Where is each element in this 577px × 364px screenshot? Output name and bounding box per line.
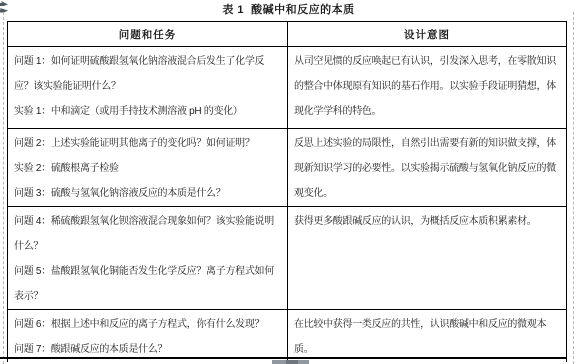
content-table: 问题和任务 设计意图 问题 1：如何证明硫酸跟氢氧化钠溶液混合后发生了化学反 应… — [7, 21, 567, 362]
header-tasks: 问题和任务 — [8, 22, 288, 47]
task-cell-3: 问题 4：稀硫酸跟氢氧化钡溶液混合现象如何？该实验能说明 什么？ 问题 5：盐酸… — [8, 207, 288, 310]
table-caption: 表 1 酸碱中和反应的本质 — [0, 1, 577, 17]
task-cell-2: 问题 2：上述实验能证明其他离子的变化吗？如何证明？ 实验 2：硫酸根离子检验 … — [8, 129, 288, 207]
table-row: 问题 1：如何证明硫酸跟氢氧化钠溶液混合后发生了化学反 应？该实验能证明什么？ … — [8, 47, 567, 129]
intent-cell-1: 从司空见惯的反应唤起已有认识，引发深入思考，在零散知识 的整合中体现原有知识的基… — [288, 47, 567, 129]
table-row: 问题 2：上述实验能证明其他离子的变化吗？如何证明？ 实验 2：硫酸根离子检验 … — [8, 129, 567, 207]
table-row: 问题 6：根据上述中和反应的离子方程式，你有什么发现？ 问题 7：酸跟碱反应的本… — [8, 310, 567, 363]
intent-cell-4: 在比较中获得一类反应的共性，认识酸碱中和反应的微观本 质。 — [288, 310, 567, 363]
header-intent: 设计意图 — [288, 22, 567, 47]
intent-cell-2: 反思上述实验的局限性，自然引出需要有新的知识做支撑，体 现新知识学习的必要性。以… — [288, 129, 567, 207]
task-cell-1: 问题 1：如何证明硫酸跟氢氧化钠溶液混合后发生了化学反 应？该实验能证明什么？ … — [8, 47, 288, 129]
table-row: 问题 4：稀硫酸跟氢氧化钡溶液混合现象如何？该实验能说明 什么？ 问题 5：盐酸… — [8, 207, 567, 310]
task-cell-4: 问题 6：根据上述中和反应的离子方程式，你有什么发现？ 问题 7：酸跟碱反应的本… — [8, 310, 288, 363]
document-page: 表 1 酸碱中和反应的本质 问题和任务 设计意图 问题 1：如何证明硫酸跟氢氧化… — [0, 0, 577, 364]
cropped-ui-fragment — [272, 360, 309, 364]
text-boundary-guide-right — [573, 12, 574, 364]
intent-cell-3: 获得更多酸跟碱反应的认识，为概括反应本质积累素材。 — [288, 207, 567, 310]
bottom-edge-line — [0, 357, 566, 359]
table-header-row: 问题和任务 设计意图 — [8, 22, 567, 47]
text-boundary-guide-left — [3, 12, 4, 364]
